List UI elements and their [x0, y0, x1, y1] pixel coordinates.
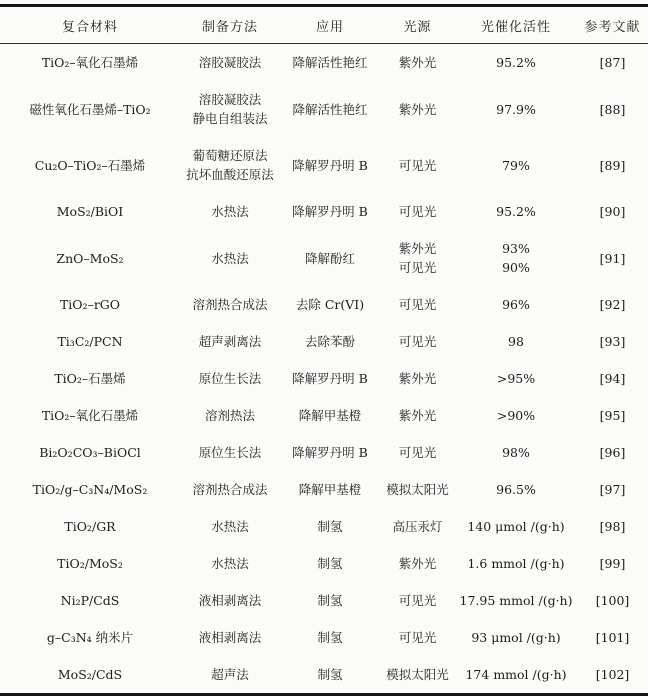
table-row: TiO₂–氧化石墨烯 溶胶凝胶法 降解活性艳红 紫外光 95.2% [87] — [0, 44, 648, 82]
light-source-cell: 紫外光 — [380, 81, 455, 137]
light-source-cell: 可见光 — [380, 582, 455, 619]
method-cell: 原位生长法 — [180, 434, 280, 471]
light-source-cell: 可见光 — [380, 323, 455, 360]
light-source-cell: 可见光 — [380, 434, 455, 471]
material-cell: Ti₃C₂/PCN — [0, 323, 180, 360]
method-cell: 液相剥离法 — [180, 619, 280, 656]
activity-cell: 95.2% — [455, 193, 577, 230]
material-cell: TiO₂–氧化石墨烯 — [0, 44, 180, 82]
reference-cell: [90] — [577, 193, 648, 230]
material-cell: MoS₂/BiOI — [0, 193, 180, 230]
method-cell: 溶剂热法 — [180, 397, 280, 434]
material-cell: ZnO–MoS₂ — [0, 230, 180, 286]
reference-cell: [99] — [577, 545, 648, 582]
light-source-cell: 可见光 — [380, 137, 455, 193]
method-cell: 水热法 — [180, 508, 280, 545]
material-cell: TiO₂/g–C₃N₄/MoS₂ — [0, 471, 180, 508]
activity-cell: 98 — [455, 323, 577, 360]
activity-cell: >90% — [455, 397, 577, 434]
reference-cell: [96] — [577, 434, 648, 471]
light-source-cell: 高压汞灯 — [380, 508, 455, 545]
light-source-cell: 紫外光 可见光 — [380, 230, 455, 286]
application-cell: 制氢 — [280, 582, 380, 619]
method-cell: 液相剥离法 — [180, 582, 280, 619]
application-cell: 降解罗丹明 B — [280, 193, 380, 230]
light-source-cell: 紫外光 — [380, 545, 455, 582]
table-row: TiO₂–石墨烯 原位生长法 降解罗丹明 B 紫外光 >95% [94] — [0, 360, 648, 397]
activity-cell: 96.5% — [455, 471, 577, 508]
activity-cell: 174 mmol /(g·h) — [455, 656, 577, 695]
table-header-row: 复合材料 制备方法 应用 光源 光催化活性 参考文献 — [0, 6, 648, 44]
application-cell: 降解活性艳红 — [280, 81, 380, 137]
application-cell: 降解罗丹明 B — [280, 360, 380, 397]
reference-cell: [95] — [577, 397, 648, 434]
reference-cell: [91] — [577, 230, 648, 286]
application-cell: 去除 Cr(VI) — [280, 286, 380, 323]
reference-cell: [98] — [577, 508, 648, 545]
table-row: Bi₂O₂CO₃–BiOCl 原位生长法 降解罗丹明 B 可见光 98% [96… — [0, 434, 648, 471]
column-header-composite-material: 复合材料 — [0, 6, 180, 44]
reference-cell: [102] — [577, 656, 648, 695]
method-cell: 溶胶凝胶法 静电自组装法 — [180, 81, 280, 137]
reference-cell: [87] — [577, 44, 648, 82]
photocatalyst-composites-table: 复合材料 制备方法 应用 光源 光催化活性 参考文献 TiO₂–氧化石墨烯 溶胶… — [0, 4, 648, 696]
activity-cell: 95.2% — [455, 44, 577, 82]
application-cell: 制氢 — [280, 619, 380, 656]
application-cell: 降解甲基橙 — [280, 471, 380, 508]
reference-cell: [100] — [577, 582, 648, 619]
table-row: TiO₂/g–C₃N₄/MoS₂ 溶剂热合成法 降解甲基橙 模拟太阳光 96.5… — [0, 471, 648, 508]
column-header-application: 应用 — [280, 6, 380, 44]
material-cell: TiO₂/GR — [0, 508, 180, 545]
column-header-preparation-method: 制备方法 — [180, 6, 280, 44]
activity-cell: 17.95 mmol /(g·h) — [455, 582, 577, 619]
table-row: TiO₂/MoS₂ 水热法 制氢 紫外光 1.6 mmol /(g·h) [99… — [0, 545, 648, 582]
reference-cell: [89] — [577, 137, 648, 193]
light-source-cell: 紫外光 — [380, 397, 455, 434]
method-cell: 原位生长法 — [180, 360, 280, 397]
activity-cell: 97.9% — [455, 81, 577, 137]
material-cell: Bi₂O₂CO₃–BiOCl — [0, 434, 180, 471]
method-cell: 水热法 — [180, 545, 280, 582]
reference-cell: [92] — [577, 286, 648, 323]
reference-cell: [101] — [577, 619, 648, 656]
application-cell: 降解甲基橙 — [280, 397, 380, 434]
activity-cell: 96% — [455, 286, 577, 323]
table-row: TiO₂–rGO 溶剂热合成法 去除 Cr(VI) 可见光 96% [92] — [0, 286, 648, 323]
table-row: Ti₃C₂/PCN 超声剥离法 去除苯酚 可见光 98 [93] — [0, 323, 648, 360]
light-source-cell: 可见光 — [380, 286, 455, 323]
material-cell: TiO₂–氧化石墨烯 — [0, 397, 180, 434]
material-cell: Cu₂O–TiO₂–石墨烯 — [0, 137, 180, 193]
material-cell: TiO₂/MoS₂ — [0, 545, 180, 582]
material-cell: 磁性氧化石墨烯–TiO₂ — [0, 81, 180, 137]
material-cell: TiO₂–石墨烯 — [0, 360, 180, 397]
column-header-photocatalytic-activity: 光催化活性 — [455, 6, 577, 44]
application-cell: 制氢 — [280, 545, 380, 582]
light-source-cell: 模拟太阳光 — [380, 656, 455, 695]
material-cell: g–C₃N₄ 纳米片 — [0, 619, 180, 656]
method-cell: 溶剂热合成法 — [180, 286, 280, 323]
table-row: MoS₂/CdS 超声法 制氢 模拟太阳光 174 mmol /(g·h) [1… — [0, 656, 648, 695]
scanned-paper-page: { "table": { "columns": [ "复合材料", "制备方法"… — [0, 0, 648, 696]
method-cell: 溶胶凝胶法 — [180, 44, 280, 82]
reference-cell: [94] — [577, 360, 648, 397]
method-cell: 水热法 — [180, 230, 280, 286]
activity-cell: 93% 90% — [455, 230, 577, 286]
method-cell: 溶剂热合成法 — [180, 471, 280, 508]
table-row: MoS₂/BiOI 水热法 降解罗丹明 B 可见光 95.2% [90] — [0, 193, 648, 230]
method-cell: 超声法 — [180, 656, 280, 695]
reference-cell: [97] — [577, 471, 648, 508]
method-cell: 超声剥离法 — [180, 323, 280, 360]
light-source-cell: 紫外光 — [380, 44, 455, 82]
table-row: ZnO–MoS₂ 水热法 降解酚红 紫外光 可见光 93% 90% [91] — [0, 230, 648, 286]
table-row: Cu₂O–TiO₂–石墨烯 葡萄糖还原法 抗坏血酸还原法 降解罗丹明 B 可见光… — [0, 137, 648, 193]
light-source-cell: 模拟太阳光 — [380, 471, 455, 508]
application-cell: 降解罗丹明 B — [280, 434, 380, 471]
application-cell: 去除苯酚 — [280, 323, 380, 360]
light-source-cell: 可见光 — [380, 619, 455, 656]
application-cell: 制氢 — [280, 656, 380, 695]
reference-cell: [88] — [577, 81, 648, 137]
method-cell: 水热法 — [180, 193, 280, 230]
activity-cell: 98% — [455, 434, 577, 471]
table-body: TiO₂–氧化石墨烯 溶胶凝胶法 降解活性艳红 紫外光 95.2% [87] 磁… — [0, 44, 648, 695]
method-cell: 葡萄糖还原法 抗坏血酸还原法 — [180, 137, 280, 193]
material-cell: MoS₂/CdS — [0, 656, 180, 695]
table-row: g–C₃N₄ 纳米片 液相剥离法 制氢 可见光 93 μmol /(g·h) [… — [0, 619, 648, 656]
application-cell: 降解活性艳红 — [280, 44, 380, 82]
table-row: 磁性氧化石墨烯–TiO₂ 溶胶凝胶法 静电自组装法 降解活性艳红 紫外光 97.… — [0, 81, 648, 137]
application-cell: 降解罗丹明 B — [280, 137, 380, 193]
material-cell: Ni₂P/CdS — [0, 582, 180, 619]
activity-cell: 93 μmol /(g·h) — [455, 619, 577, 656]
table-row: TiO₂–氧化石墨烯 溶剂热法 降解甲基橙 紫外光 >90% [95] — [0, 397, 648, 434]
activity-cell: 140 μmol /(g·h) — [455, 508, 577, 545]
material-cell: TiO₂–rGO — [0, 286, 180, 323]
reference-cell: [93] — [577, 323, 648, 360]
activity-cell: 79% — [455, 137, 577, 193]
activity-cell: 1.6 mmol /(g·h) — [455, 545, 577, 582]
application-cell: 制氢 — [280, 508, 380, 545]
activity-cell: >95% — [455, 360, 577, 397]
table-row: Ni₂P/CdS 液相剥离法 制氢 可见光 17.95 mmol /(g·h) … — [0, 582, 648, 619]
light-source-cell: 紫外光 — [380, 360, 455, 397]
light-source-cell: 可见光 — [380, 193, 455, 230]
column-header-light-source: 光源 — [380, 6, 455, 44]
application-cell: 降解酚红 — [280, 230, 380, 286]
table-row: TiO₂/GR 水热法 制氢 高压汞灯 140 μmol /(g·h) [98] — [0, 508, 648, 545]
column-header-reference: 参考文献 — [577, 6, 648, 44]
